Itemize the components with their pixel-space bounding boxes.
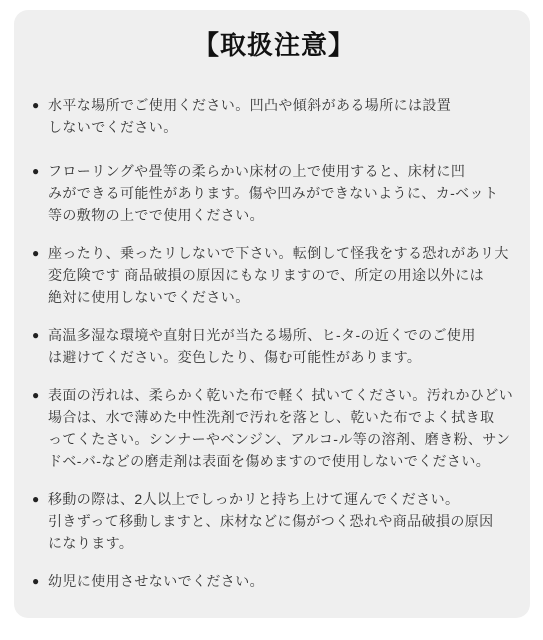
bullet-icon: ● (32, 94, 48, 116)
bullet-icon: ● (32, 160, 48, 182)
notice-line: は避けてください。変色したり、傷む可能性があります。 (48, 346, 476, 368)
notice-text: フローリングや畳等の柔らかい床材の上で使用すると、床材に凹 みができる可能性があ… (48, 160, 498, 226)
notice-item-children: ● 幼児に使用させないでください。 (32, 570, 516, 592)
notice-line: 移動の際は、2人以上でしっかリと持ち上けて運んでください。 (48, 488, 494, 510)
bullet-icon: ● (32, 242, 48, 264)
bullet-icon: ● (32, 324, 48, 346)
precautions-card: 【取扱注意】 ● 水平な場所でご使用ください。凹凸や傾斜がある場所には設置 しな… (14, 10, 530, 618)
notice-line: 高温多湿な環境や直射日光が当たる場所、ヒ-タ-の近くでのご使用 (48, 324, 476, 346)
notice-line: ってくたさい。シンナーやベンジン、アルコ-ル等の溶剤、磨き粉、サン (48, 428, 513, 450)
notice-text: 幼児に使用させないでください。 (48, 570, 264, 592)
bullet-icon: ● (32, 570, 48, 592)
notice-line: 引きずって移動しますと、床材などに傷がつく恐れや商品破損の原因 (48, 510, 494, 532)
page-title: 【取扱注意】 (32, 30, 516, 60)
bullet-icon: ● (32, 488, 48, 510)
notice-text: 移動の際は、2人以上でしっかリと持ち上けて運んでください。 引きずって移動します… (48, 488, 494, 554)
notice-line: みができる可能性があります。傷や凹みができないように、カ-ベット (48, 182, 498, 204)
notice-item-moving: ● 移動の際は、2人以上でしっかリと持ち上けて運んでください。 引きずって移動し… (32, 488, 516, 554)
notice-line: になります。 (48, 532, 494, 554)
notice-text: 水平な場所でご使用ください。凹凸や傾斜がある場所には設置 しないでください。 (48, 94, 451, 138)
notice-item-heat-sunlight: ● 高温多湿な環境や直射日光が当たる場所、ヒ-タ-の近くでのご使用 は避けてくだ… (32, 324, 516, 368)
notice-line: 水平な場所でご使用ください。凹凸や傾斜がある場所には設置 (48, 94, 451, 116)
notice-item-level-surface: ● 水平な場所でご使用ください。凹凸や傾斜がある場所には設置 しないでください。 (32, 94, 516, 138)
notice-line: 絶対に使用しないでください。 (48, 286, 509, 308)
notice-line: ドベ-バ-などの磨走剤は表面を傷めますので使用しないでください。 (48, 450, 513, 472)
notice-line: 表面の汚れは、柔らかく乾いた布で軽く 拭いてください。汚れかひどい (48, 384, 513, 406)
notice-line: 等の敷物の上でで使用ください。 (48, 204, 498, 226)
notice-line: フローリングや畳等の柔らかい床材の上で使用すると、床材に凹 (48, 160, 498, 182)
notice-line: 幼児に使用させないでください。 (48, 570, 264, 592)
notice-line: 場合は、水で薄めた中性洗剤で汚れを落とし、乾いた布でよく拭き取 (48, 406, 513, 428)
notice-item-flooring: ● フローリングや畳等の柔らかい床材の上で使用すると、床材に凹 みができる可能性… (32, 160, 516, 226)
notice-line: 座ったり、乗ったリしないで下さい。転倒して怪我をする恐れがあリ大 (48, 242, 509, 264)
notice-list: ● 水平な場所でご使用ください。凹凸や傾斜がある場所には設置 しないでください。… (32, 94, 516, 592)
notice-line: 変危険です 商品破損の原因にもなリますので、所定の用途以外には (48, 264, 509, 286)
bullet-icon: ● (32, 384, 48, 406)
notice-text: 座ったり、乗ったリしないで下さい。転倒して怪我をする恐れがあリ大 変危険です 商… (48, 242, 509, 308)
notice-text: 表面の汚れは、柔らかく乾いた布で軽く 拭いてください。汚れかひどい 場合は、水で… (48, 384, 513, 472)
notice-line: しないでください。 (48, 116, 451, 138)
notice-text: 高温多湿な環境や直射日光が当たる場所、ヒ-タ-の近くでのご使用 は避けてください… (48, 324, 476, 368)
notice-item-cleaning: ● 表面の汚れは、柔らかく乾いた布で軽く 拭いてください。汚れかひどい 場合は、… (32, 384, 516, 472)
notice-item-no-sitting: ● 座ったり、乗ったリしないで下さい。転倒して怪我をする恐れがあリ大 変危険です… (32, 242, 516, 308)
